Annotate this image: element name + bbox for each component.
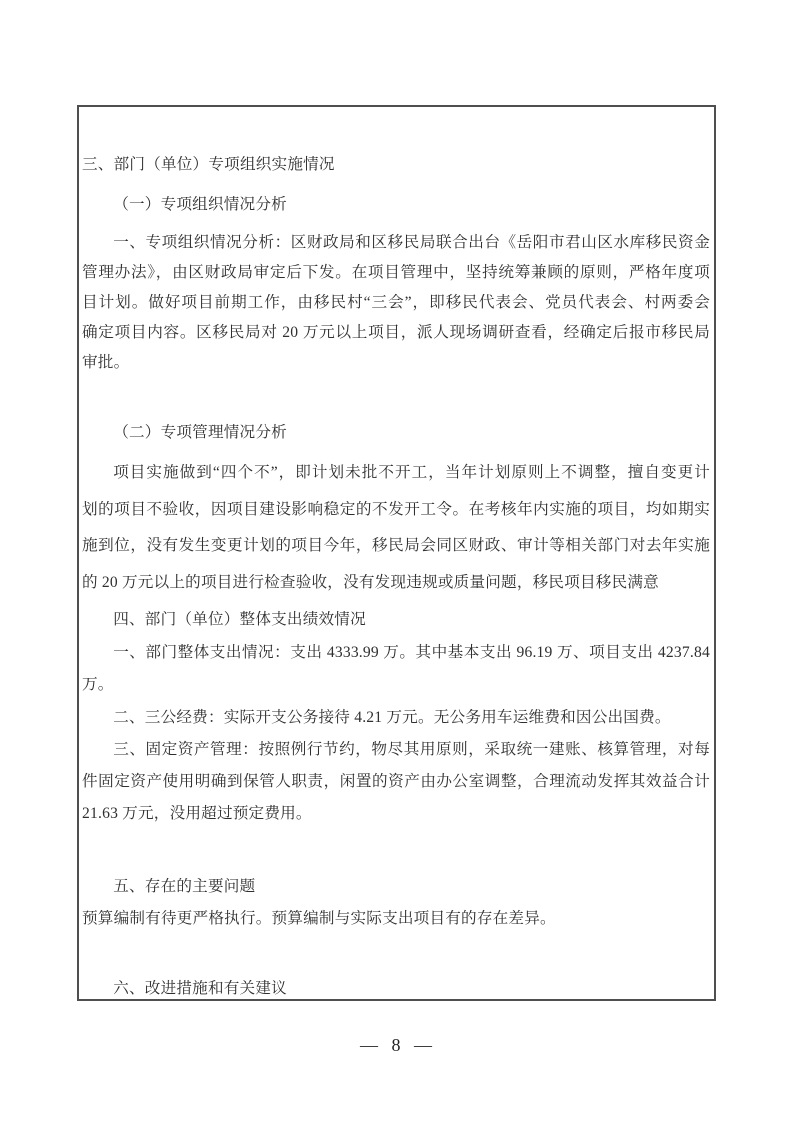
heading-line: 六、改进措施和有关建议: [82, 974, 710, 1004]
heading-section-three: 三、部门（单位）专项组织实施情况: [82, 150, 710, 180]
text-line: 确定项目内容。区移民局对 20 万元以上项目，派人现场调研查看，经确定后报市移民…: [82, 318, 710, 348]
heading-line: 三、部门（单位）专项组织实施情况: [82, 150, 710, 180]
heading-line: （一）专项组织情况分析: [82, 190, 710, 220]
paragraph-org-analysis: 一、专项组织情况分析：区财政局和区移民局联合出台《岳阳市君山区水库移民资金管理办…: [82, 228, 710, 378]
text-line: 一、专项组织情况分析：区财政局和区移民局联合出台《岳阳市君山区水库移民资金: [82, 228, 710, 258]
heading-section-five: 五、存在的主要问题: [82, 871, 710, 903]
paragraph-mgmt-analysis: 项目实施做到“四个不”，即计划未批不开工，当年计划原则上不调整，擅自变更计划的项…: [82, 455, 710, 602]
paragraph-main-problems: 预算编制有待更严格执行。预算编制与实际支出项目有的存在差异。: [82, 903, 710, 935]
text-line: 目计划。做好项目前期工作，由移民村“三会”，即移民代表会、党员代表会、村两委会: [82, 288, 710, 318]
text-line: 项目实施做到“四个不”，即计划未批不开工，当年计划原则上不调整，擅自变更计: [82, 455, 710, 492]
heading-line: 四、部门（单位）整体支出绩效情况: [82, 604, 710, 636]
text-line: 一、部门整体支出情况：支出 4333.99 万。其中基本支出 96.19 万、项…: [82, 637, 710, 669]
text-line: 21.63 万元，没用超过预定费用。: [82, 798, 710, 830]
document-page: 三、部门（单位）专项组织实施情况 （一）专项组织情况分析 一、专项组织情况分析：…: [0, 0, 793, 1122]
text-line: 施到位，没有发生变更计划的项目今年，移民局会同区财政、审计等相关部门对去年实施: [82, 528, 710, 565]
text-line: 预算编制有待更严格执行。预算编制与实际支出项目有的存在差异。: [82, 903, 710, 935]
heading-line: 五、存在的主要问题: [82, 871, 710, 903]
text-line: 二、三公经费：实际开支公务接待 4.21 万元。无公务用车运维费和因公出国费。: [82, 702, 710, 734]
text-line: 的 20 万元以上的项目进行检查验收，没有发现违规或质量问题，移民项目移民满意: [82, 565, 710, 602]
text-line: 万。: [82, 669, 710, 701]
paragraph-overall-expense: 一、部门整体支出情况：支出 4333.99 万。其中基本支出 96.19 万、项…: [82, 637, 710, 831]
text-line: 划的项目不验收，因项目建设影响稳定的不发开工令。在考核年内实施的项目，均如期实: [82, 492, 710, 529]
text-line: 审批。: [82, 348, 710, 378]
text-line: 管理办法》，由区财政局审定后下发。在项目管理中，坚持统筹兼顾的原则，严格年度项: [82, 258, 710, 288]
text-line: 三、固定资产管理：按照例行节约，物尽其用原则，采取统一建账、核算管理，对每: [82, 734, 710, 766]
page-number: — 8 —: [360, 1035, 433, 1055]
subheading-mgmt-analysis: （二）专项管理情况分析: [82, 418, 710, 448]
text-line: 件固定资产使用明确到保管人职责，闲置的资产由办公室调整，合理流动发挥其效益合计: [82, 766, 710, 798]
heading-section-four: 四、部门（单位）整体支出绩效情况: [82, 604, 710, 636]
subheading-org-analysis: （一）专项组织情况分析: [82, 190, 710, 220]
heading-line: （二）专项管理情况分析: [82, 418, 710, 448]
page-footer: — 8 —: [0, 1035, 793, 1059]
heading-section-six: 六、改进措施和有关建议: [82, 974, 710, 1004]
report-form-cell: 三、部门（单位）专项组织实施情况 （一）专项组织情况分析 一、专项组织情况分析：…: [77, 105, 716, 1001]
